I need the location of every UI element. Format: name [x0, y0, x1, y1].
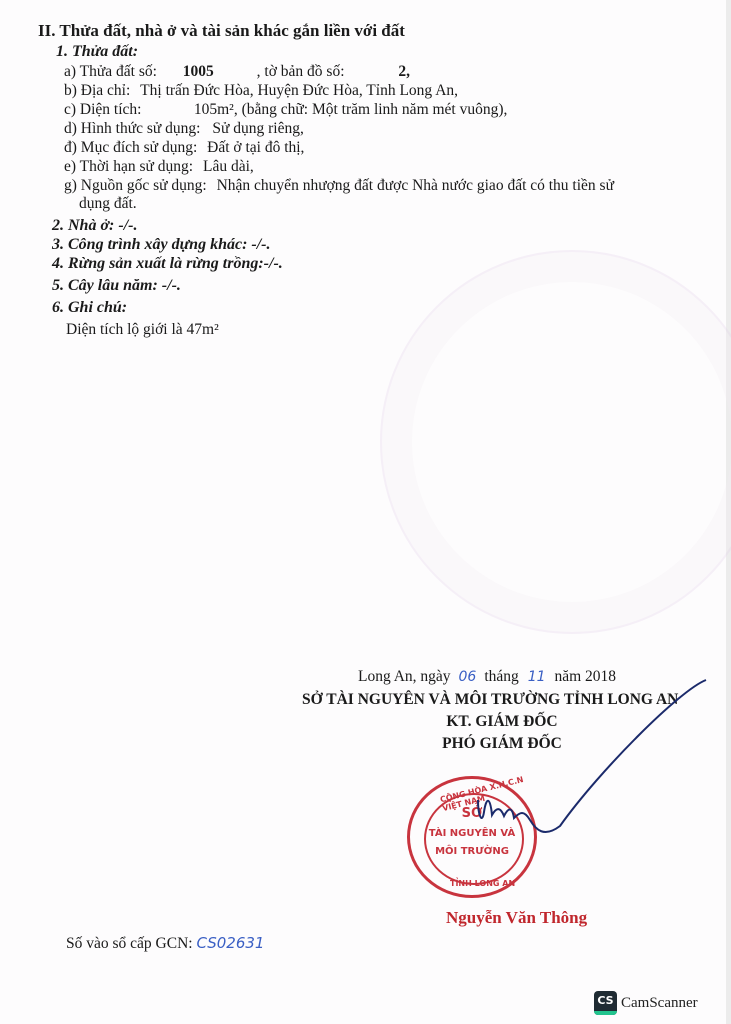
- handwritten-signature: [0, 0, 731, 1024]
- registry-row: Số vào sổ cấp GCN: CS02631: [66, 934, 264, 953]
- registry-number: CS02631: [196, 934, 264, 952]
- camscanner-label: CamScanner: [621, 995, 698, 1012]
- camscanner-logo-icon: CS: [594, 991, 617, 1015]
- registry-label: Số vào sổ cấp GCN:: [66, 935, 193, 952]
- signer-name: Nguyễn Văn Thông: [446, 908, 587, 928]
